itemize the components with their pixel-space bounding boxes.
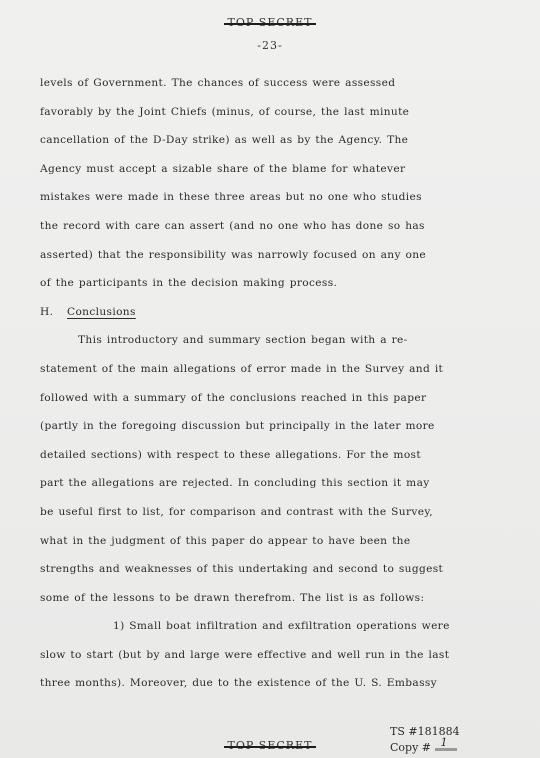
text-line: what in the judgment of this paper do ap… bbox=[40, 527, 510, 556]
list-item-line: three months). Moreover, due to the exis… bbox=[40, 669, 510, 698]
section-heading: H.Conclusions bbox=[40, 298, 510, 327]
text-line: statement of the main allegations of err… bbox=[40, 355, 510, 384]
text-line: (partly in the foregoing discussion but … bbox=[40, 412, 510, 441]
classification-marking-bottom: TOP SECRET bbox=[0, 739, 540, 752]
classification-marking-top: TOP SECRET bbox=[0, 16, 540, 29]
text-line: be useful first to list, for comparison … bbox=[40, 498, 510, 527]
text-line: detailed sections) with respect to these… bbox=[40, 441, 510, 470]
text-line: strengths and weaknesses of this underta… bbox=[40, 555, 510, 584]
text-line: of the participants in the decision maki… bbox=[40, 269, 510, 298]
section-letter: H. bbox=[40, 298, 67, 327]
list-item-line: 1) Small boat infiltration and exfiltrat… bbox=[40, 612, 510, 641]
struck-classification-text: TOP SECRET bbox=[226, 739, 315, 752]
text-line: cancellation of the D-Day strike) as wel… bbox=[40, 126, 510, 155]
text-line: levels of Government. The chances of suc… bbox=[40, 69, 510, 98]
struck-classification-text: TOP SECRET bbox=[226, 16, 315, 29]
text-line: some of the lessons to be drawn therefro… bbox=[40, 584, 510, 613]
text-line: asserted) that the responsibility was na… bbox=[40, 241, 510, 270]
text-line: followed with a summary of the conclusio… bbox=[40, 384, 510, 413]
text-line: favorably by the Joint Chiefs (minus, of… bbox=[40, 98, 510, 127]
text-line: part the allegations are rejected. In co… bbox=[40, 469, 510, 498]
control-number: TS #181884 bbox=[390, 724, 460, 739]
document-page: TOP SECRET -23- levels of Government. Th… bbox=[0, 0, 540, 758]
text-line: Agency must accept a sizable share of th… bbox=[40, 155, 510, 184]
list-item-line: slow to start (but by and large were eff… bbox=[40, 641, 510, 670]
text-line: mistakes were made in these three areas … bbox=[40, 183, 510, 212]
text-line: This introductory and summary section be… bbox=[40, 326, 510, 355]
document-body: levels of Government. The chances of suc… bbox=[40, 69, 510, 698]
page-number: -23- bbox=[0, 39, 540, 52]
section-title: Conclusions bbox=[67, 306, 136, 318]
text-line: the record with care can assert (and no … bbox=[40, 212, 510, 241]
